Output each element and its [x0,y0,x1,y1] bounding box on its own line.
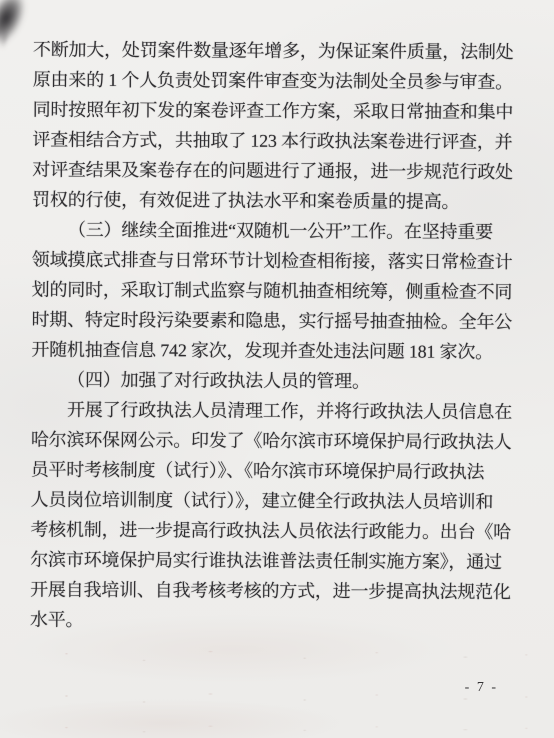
text-line: （四）加强了对行政执法人员的管理。 [31,365,501,397]
text-line: 评查相结合方式，共抽取了 123 本行政执法案卷进行评查，并 [32,125,502,157]
scan-noise-band [0,722,554,736]
text-line: 开随机抽查信息 742 家次，发现并查处违法问题 181 家次。 [31,335,501,367]
body-text: 不断加大，处罚案件数量逐年增多，为保证案件质量，法制处原由来的 1 个人负责处罚… [30,35,503,637]
text-line: 时期、特定时段污染要素和隐患，实行摇号抽查抽检。全年公 [31,305,501,337]
page-number: - 7 - [465,680,498,696]
text-line: 同时按照年初下发的案卷评查工作方案，采取日常抽查和集中 [33,95,503,127]
text-line: 尔滨市环境保护局实行谁执法谁普法责任制实施方案》，通过 [30,545,500,577]
text-line: 对评查结果及案卷存在的问题进行了通报，进一步规范行政处 [32,155,502,187]
text-line: 不断加大，处罚案件数量逐年增多，为保证案件质量，法制处 [33,35,503,67]
text-line: （三）继续全面推进“双随机一公开”工作。在坚持重要 [32,215,502,247]
text-line: 人员岗位培训制度（试行）》，建立健全行政执法人员培训和 [30,485,500,517]
text-line: 划的同时，采取订制式监察与随机抽查相统筹，侧重检查不同 [32,275,502,307]
text-line: 领域摸底式排查与日常环节计划检查相衔接，落实日常检查计 [32,245,502,277]
text-line: 水平。 [30,605,500,637]
document-page: 不断加大，处罚案件数量逐年增多，为保证案件质量，法制处原由来的 1 个人负责处罚… [0,0,554,738]
text-line: 罚权的行使，有效促进了执法水平和案卷质量的提高。 [32,185,502,217]
text-line: 开展了行政执法人员清理工作，并将行政执法人员信息在 [31,395,501,427]
text-line: 原由来的 1 个人负责处罚案件审查变为法制处全员参与审查。 [33,65,503,97]
text-line: 员平时考核制度（试行）》、《哈尔滨市环境保护局行政执法 [31,455,501,487]
scan-noise-band [0,645,554,667]
text-line: 哈尔滨环保网公示。印发了《哈尔滨市环境保护局行政执法人 [31,425,501,457]
text-line: 考核机制，进一步提高行政执法人员依法行政能力。出台《哈 [30,515,500,547]
text-line: 开展自我培训、自我考核考核的方式，进一步提高执法规范化 [30,575,500,607]
